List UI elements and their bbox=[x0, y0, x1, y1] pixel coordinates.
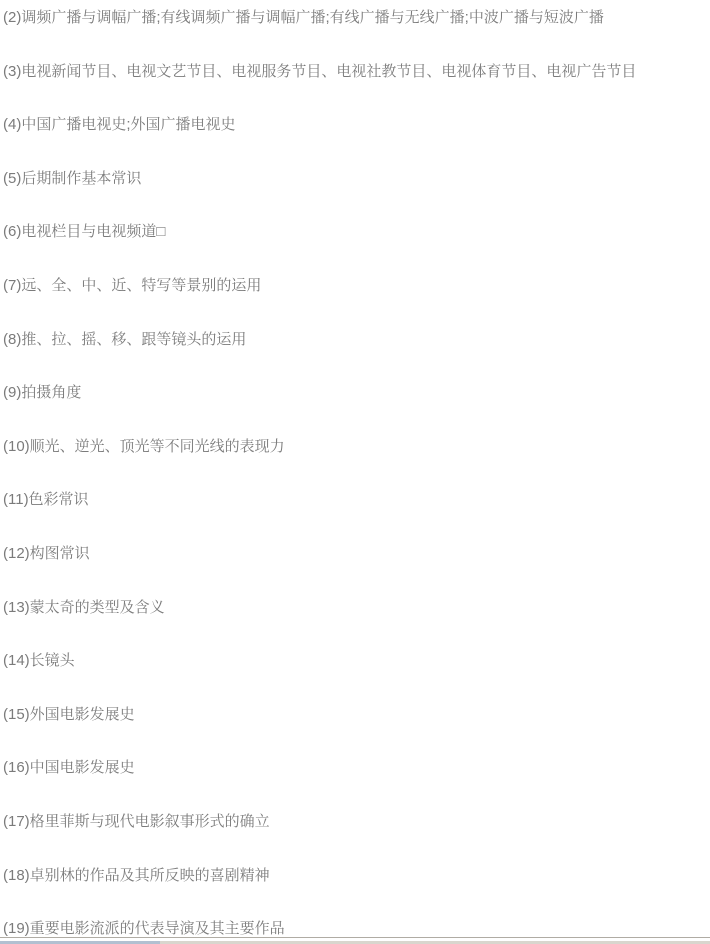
syllabus-item: (8)推、拉、摇、移、跟等镜头的运用 bbox=[3, 329, 702, 350]
document-page: { "page": { "background": "#ffffff", "te… bbox=[0, 0, 710, 944]
syllabus-item: (4)中国广播电视史;外国广播电视史 bbox=[3, 114, 702, 135]
syllabus-item: (9)拍摄角度 bbox=[3, 382, 702, 403]
syllabus-item: (6)电视栏目与电视频道□ bbox=[3, 221, 702, 242]
syllabus-item: (18)卓别林的作品及其所反映的喜剧精神 bbox=[3, 865, 702, 886]
syllabus-item: (16)中国电影发展史 bbox=[3, 757, 702, 778]
syllabus-item: (3)电视新闻节目、电视文艺节目、电视服务节目、电视社教节目、电视体育节目、电视… bbox=[3, 61, 702, 82]
syllabus-item: (17)格里菲斯与现代电影叙事形式的确立 bbox=[3, 811, 702, 832]
syllabus-item: (2)调频广播与调幅广播;有线调频广播与调幅广播;有线广播与无线广播;中波广播与… bbox=[3, 7, 702, 28]
syllabus-list: (2)调频广播与调幅广播;有线调频广播与调幅广播;有线广播与无线广播;中波广播与… bbox=[0, 0, 710, 939]
syllabus-item: (13)蒙太奇的类型及含义 bbox=[3, 597, 702, 618]
syllabus-item: (14)长镜头 bbox=[3, 650, 702, 671]
syllabus-item: (7)远、全、中、近、特写等景别的运用 bbox=[3, 275, 702, 296]
syllabus-item: (10)顺光、逆光、顶光等不同光线的表现力 bbox=[3, 436, 702, 457]
syllabus-item: (5)后期制作基本常识 bbox=[3, 168, 702, 189]
syllabus-item: (11)色彩常识 bbox=[3, 489, 702, 510]
syllabus-item: (19)重要电影流派的代表导演及其主要作品 bbox=[3, 918, 702, 939]
syllabus-item: (15)外国电影发展史 bbox=[3, 704, 702, 725]
syllabus-item: (12)构图常识 bbox=[3, 543, 702, 564]
horizontal-divider bbox=[0, 937, 710, 938]
